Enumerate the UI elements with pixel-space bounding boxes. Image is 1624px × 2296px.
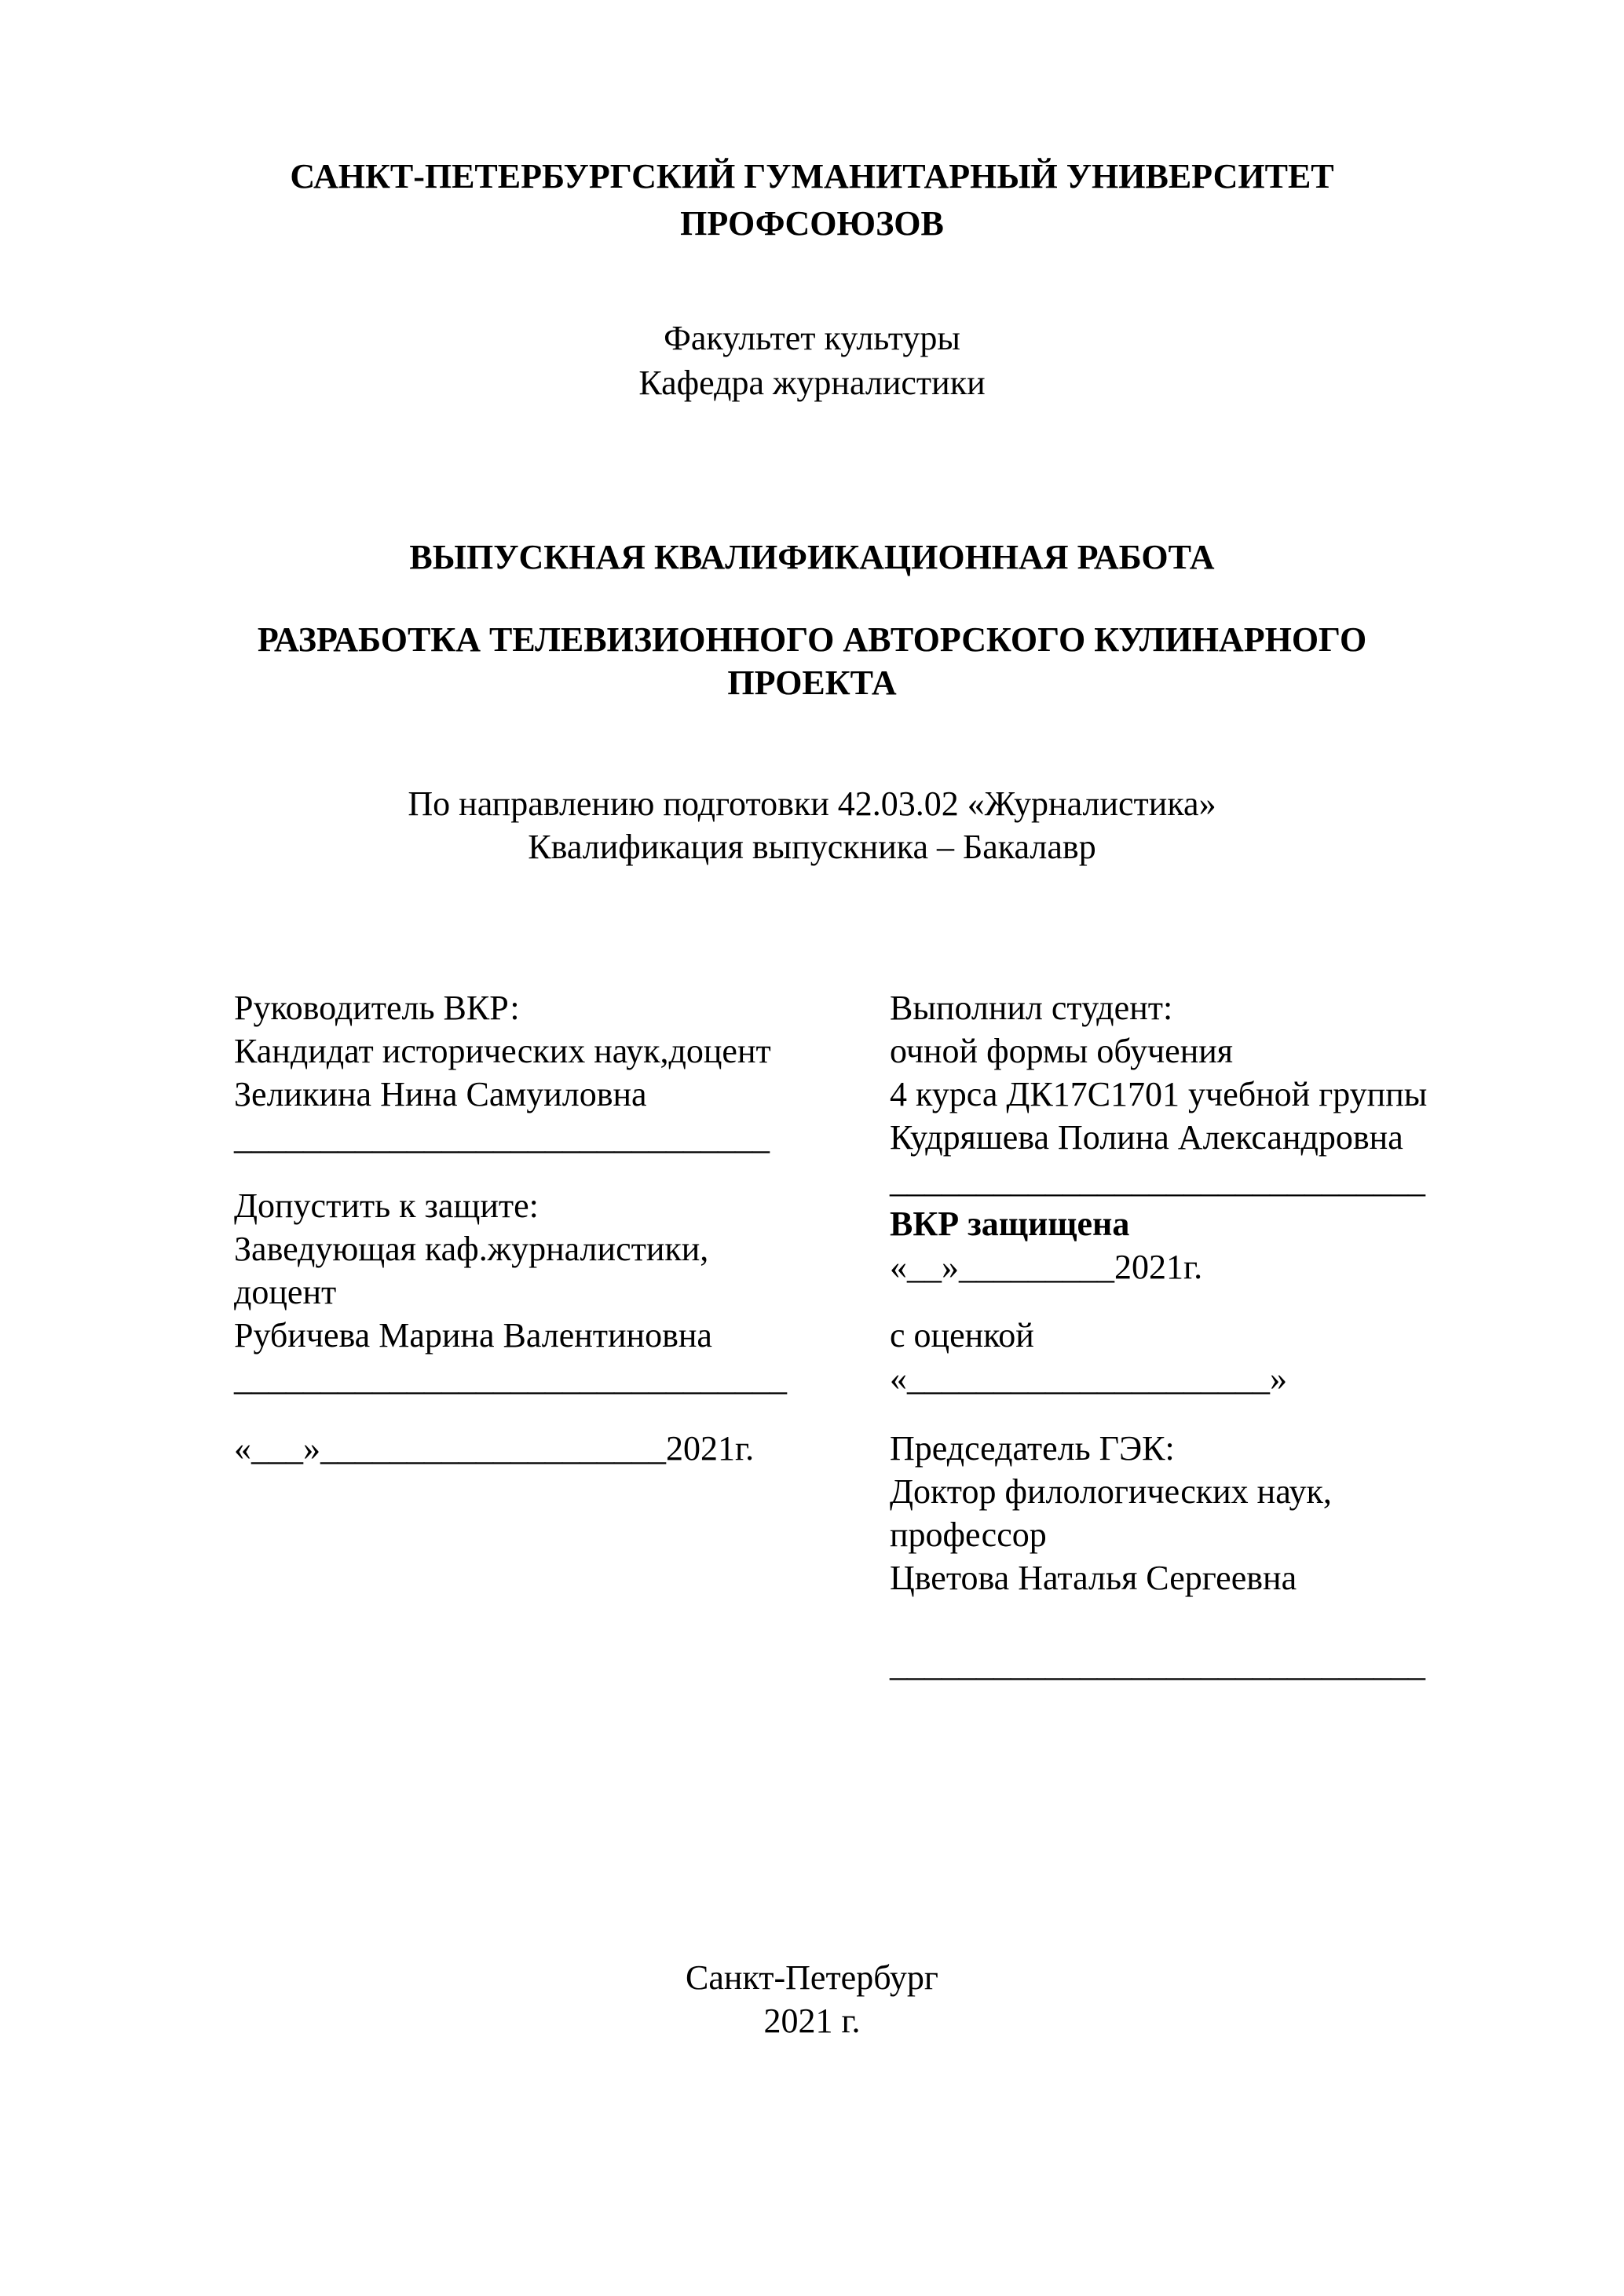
left-signature-column: Руководитель ВКР: Кандидат исторических … [234, 986, 862, 1470]
student-label: Выполнил студент: [890, 986, 1534, 1029]
topic-title-line1: РАЗРАБОТКА ТЕЛЕВИЗИОННОГО АВТОРСКОГО КУЛ… [0, 618, 1624, 662]
admit-position-line1: Заведующая каф.журналистики, [234, 1227, 862, 1270]
grade-label: с оценкой [890, 1314, 1534, 1357]
grade-value: «_____________________» [890, 1357, 1534, 1400]
student-group: 4 курса ДК17С1701 учебной группы [890, 1073, 1534, 1116]
chair-degree-line1: Доктор филологических наук, [890, 1470, 1534, 1513]
right-signature-column: Выполнил студент: очной формы обучения 4… [890, 986, 1534, 1686]
chair-degree-line2: профессор [890, 1513, 1534, 1556]
admit-label: Допустить к защите: [234, 1184, 862, 1227]
supervisor-label: Руководитель ВКР: [234, 986, 862, 1029]
defended-date: «__»_________2021г. [890, 1245, 1534, 1289]
university-name-line1: САНКТ-ПЕТЕРБУРГСКИЙ ГУМАНИТАРНЫЙ УНИВЕРС… [0, 155, 1624, 199]
topic-title-line2: ПРОЕКТА [0, 661, 1624, 705]
admit-position-line2: доцент [234, 1270, 862, 1314]
work-type-title: ВЫПУСКНАЯ КВАЛИФИКАЦИОННАЯ РАБОТА [0, 536, 1624, 579]
chair-label: Председатель ГЭК: [890, 1427, 1534, 1470]
student-name: Кудряшева Полина Александровна [890, 1116, 1534, 1159]
qualification: Квалификация выпускника – Бакалавр [0, 825, 1624, 869]
department-name: Кафедра журналистики [0, 361, 1624, 405]
chair-name: Цветова Наталья Сергеевна [890, 1556, 1534, 1600]
faculty-name: Факультет культуры [0, 316, 1624, 360]
defended-label: ВКР защищена [890, 1202, 1534, 1245]
admit-date: «___»____________________2021г. [234, 1427, 862, 1470]
study-direction: По направлению подготовки 42.03.02 «Журн… [0, 782, 1624, 826]
year: 2021 г. [0, 1999, 1624, 2043]
city: Санкт-Петербург [0, 1956, 1624, 2000]
supervisor-signature-line: _______________________________ [234, 1116, 862, 1159]
university-name-line2: ПРОФСОЮЗОВ [0, 202, 1624, 246]
supervisor-name: Зеликина Нина Самуиловна [234, 1073, 862, 1116]
admit-name: Рубичева Марина Валентиновна [234, 1314, 862, 1357]
supervisor-degree: Кандидат исторических наук,доцент [234, 1029, 862, 1073]
admit-signature-line: ________________________________ [234, 1357, 862, 1400]
student-signature-line: _______________________________ [890, 1159, 1534, 1202]
chair-signature-line: _______________________________ [890, 1643, 1534, 1686]
student-study-form: очной формы обучения [890, 1029, 1534, 1073]
